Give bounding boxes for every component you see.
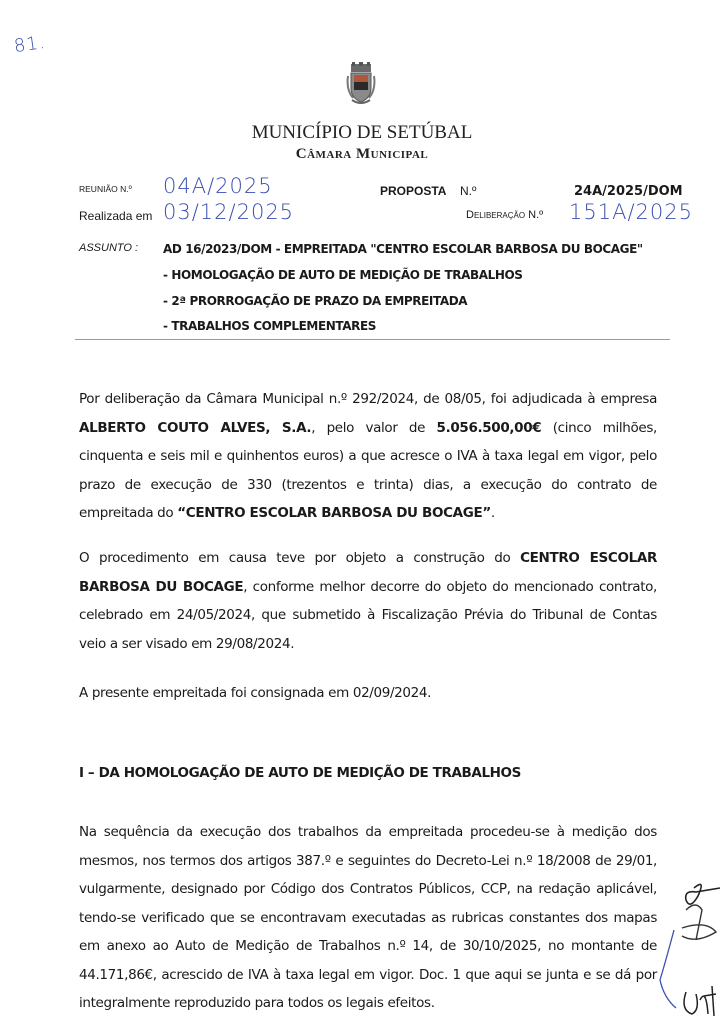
council-title: Câmara Municipal	[0, 146, 724, 163]
header-divider	[75, 339, 670, 340]
section-heading: I – DA HOMOLOGAÇÃO DE AUTO DE MEDIÇÃO DE…	[79, 765, 521, 781]
proposal-label: PROPOSTA	[380, 184, 446, 198]
meeting-number-value: 04A/2025	[163, 174, 273, 198]
proposal-number-value: 24A/2025/DOM	[574, 184, 683, 199]
signature-initials-icon	[616, 870, 724, 1024]
proposal-number-label: N.º	[460, 184, 476, 198]
subject-line: - 2ª PRORROGAÇÃO DE PRAZO DA EMPREITADA	[163, 294, 467, 308]
coat-of-arms-icon	[345, 62, 377, 106]
subject-label: ASSUNTO :	[79, 242, 138, 254]
subject-line: - TRABALHOS COMPLEMENTARES	[163, 319, 376, 333]
deliberation-number-value: 151A/2025	[569, 200, 693, 224]
subject-line: AD 16/2023/DOM - EMPREITADA "CENTRO ESCO…	[163, 242, 643, 256]
municipality-title: MUNICÍPIO DE SETÚBAL	[0, 122, 724, 144]
paragraph-consignment: A presente empreitada foi consignada em …	[79, 679, 657, 708]
meeting-date-label: Realizada em	[79, 209, 152, 223]
meeting-date-value: 03/12/2025	[163, 200, 294, 224]
paragraph-measurement: Na sequência da execução dos trabalhos d…	[79, 818, 657, 1018]
paragraph-procedure: O procedimento em causa teve por objeto …	[79, 544, 657, 658]
subject-line: - HOMOLOGAÇÃO DE AUTO DE MEDIÇÃO DE TRAB…	[163, 268, 523, 282]
handwritten-page-number: 81.	[13, 32, 47, 57]
paragraph-award: Por deliberação da Câmara Municipal n.º …	[79, 385, 657, 528]
deliberation-number-label: Deliberação N.º	[466, 209, 543, 221]
meeting-number-label: REUNIÃO N.º	[79, 184, 132, 194]
